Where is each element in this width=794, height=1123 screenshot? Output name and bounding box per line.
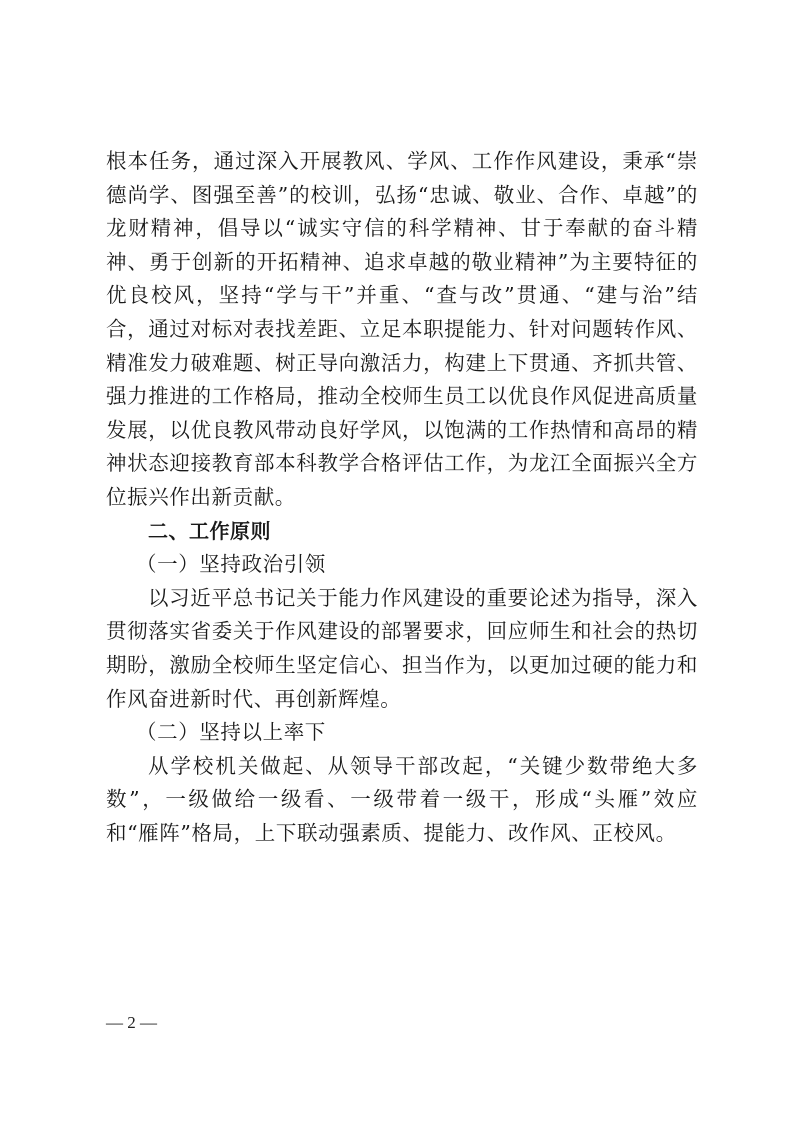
subsection-heading-1: （一）坚持政治引领 bbox=[106, 548, 698, 582]
document-page: 根本任务，通过深入开展教风、学风、工作作风建设，秉承“崇德尚学、图强至善”的校训… bbox=[0, 0, 794, 1123]
intro-paragraph: 根本任务，通过深入开展教风、学风、工作作风建设，秉承“崇德尚学、图强至善”的校训… bbox=[106, 145, 698, 515]
page-content: 根本任务，通过深入开展教风、学风、工作作风建设，秉承“崇德尚学、图强至善”的校训… bbox=[106, 145, 698, 850]
subsection-body-1: 以习近平总书记关于能力作风建设的重要论述为指导，深入贯彻落实省委关于作风建设的部… bbox=[106, 582, 698, 716]
page-number: — 2 — bbox=[106, 1013, 157, 1033]
subsection-body-2: 从学校机关做起、从领导干部改起，“关键少数带绝大多数”，一级做给一级看、一级带着… bbox=[106, 750, 698, 851]
subsection-heading-2: （二）坚持以上率下 bbox=[106, 716, 698, 750]
section-heading: 二、工作原则 bbox=[106, 515, 698, 549]
